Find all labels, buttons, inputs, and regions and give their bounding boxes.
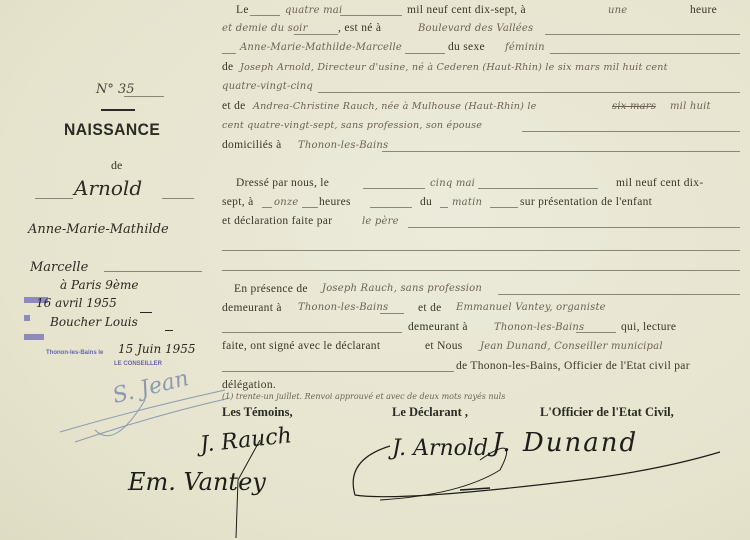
text-year: mil neuf cent dix-sept, à	[407, 4, 526, 16]
struck-words: six mars	[612, 101, 656, 112]
text-et-de-2: et de	[418, 302, 442, 314]
margin-stamp-place: Thonon-les-Bains le	[46, 350, 103, 356]
officer-label: L'Officier de l'Etat Civil,	[540, 405, 674, 420]
mother-birth-year-profession: cent quatre-vingt-sept, sans profession,…	[222, 120, 482, 131]
de-label: de	[111, 158, 122, 173]
text-presentation: sur présentation de l'enfant	[520, 196, 652, 208]
margin-stamp-title: LE CONSEILLER	[114, 361, 162, 367]
given-names-line1: Anne-Marie-Mathilde	[28, 222, 169, 237]
declarant: le père	[362, 216, 399, 227]
text-est-ne: , est né à	[338, 22, 381, 34]
text-sept-a: sept, à	[222, 196, 253, 208]
margin-stamp-mark-2	[24, 306, 30, 325]
margin-marriage-date: 16 avril 1955	[36, 296, 117, 310]
marginal-renvoi-note: (1) trente-un juillet. Renvoi approuvé e…	[222, 392, 505, 401]
child-full-name: Anne-Marie-Mathilde-Marcelle	[240, 42, 402, 53]
record-period: matin	[452, 197, 482, 208]
text-declaration: et déclaration faite par	[222, 215, 332, 227]
margin-birthplace: à Paris 9ème	[60, 278, 138, 292]
declarant-label: Le Déclarant ,	[392, 405, 468, 420]
record-date: cinq mai	[430, 178, 475, 189]
birth-record-page: N° 35 NAISSANCE de Arnold Anne-Marie-Mat…	[0, 0, 750, 540]
officer-name-title: Jean Dunand, Conseiller municipal	[480, 341, 663, 352]
act-number: N° 35	[96, 82, 135, 97]
text-du: du	[420, 196, 432, 208]
margin-spouse-name: Boucher Louis	[50, 315, 138, 329]
father-birth-year: quatre-vingt-cinq	[222, 81, 313, 92]
child-sex: féminin	[505, 42, 545, 53]
margin-stamp-mark-3	[24, 325, 44, 344]
signature-flourish	[340, 440, 740, 510]
witness2-details: Emmanuel Vantey, organiste	[456, 302, 606, 313]
birth-date: quatre mai	[285, 5, 342, 16]
record-hour: onze	[274, 197, 298, 208]
witness-signature-stroke	[230, 440, 270, 540]
text-demeurant: demeurant à	[222, 302, 282, 314]
text-en-presence: En présence de	[234, 283, 308, 295]
text-ont-signe: faite, ont signé avec le déclarant	[222, 340, 380, 352]
divider	[101, 109, 135, 111]
domicile: Thonon-les-Bains	[298, 140, 388, 151]
text-dresse: Dressé par nous, le	[236, 177, 329, 189]
text-lecture: qui, lecture	[621, 321, 676, 333]
act-type-title: NAISSANCE	[64, 120, 160, 140]
text-heure: heure	[690, 4, 717, 16]
text-heures: heures	[319, 196, 351, 208]
text-record-year: mil neuf cent dix-	[616, 177, 703, 189]
father-details: Joseph Arnold, Directeur d'usine, né à C…	[240, 62, 668, 73]
text-de: de	[222, 61, 233, 73]
text-officer-commune: de Thonon-les-Bains, Officier de l'Etat …	[456, 360, 690, 372]
witnesses-label: Les Témoins,	[222, 405, 293, 420]
text-le: Le	[236, 4, 249, 16]
surname: Arnold	[74, 176, 142, 200]
text-demeurant-2: demeurant à	[408, 321, 468, 333]
witness1-details: Joseph Rauch, sans profession	[322, 283, 482, 294]
text-delegation: délégation.	[222, 379, 276, 391]
given-names-line2: Marcelle	[30, 260, 88, 275]
birth-time-detail: et demie du soir	[222, 23, 308, 34]
witness1-residence: Thonon-les-Bains	[298, 302, 388, 313]
mother-birth-century: mil huit	[670, 101, 711, 112]
text-domicilies: domiciliés à	[222, 139, 282, 151]
text-et-de: et de	[222, 100, 246, 112]
text-du-sexe: du sexe	[448, 41, 485, 53]
birth-place: Boulevard des Vallées	[418, 23, 533, 34]
birth-hour: une	[608, 5, 627, 16]
margin-date: 15 Juin 1955	[118, 342, 196, 356]
mother-details: Andrea-Christine Rauch, née à Mulhouse (…	[253, 101, 537, 112]
text-et-nous: et Nous	[425, 340, 463, 352]
witness2-residence: Thonon-les-Bains	[494, 322, 584, 333]
